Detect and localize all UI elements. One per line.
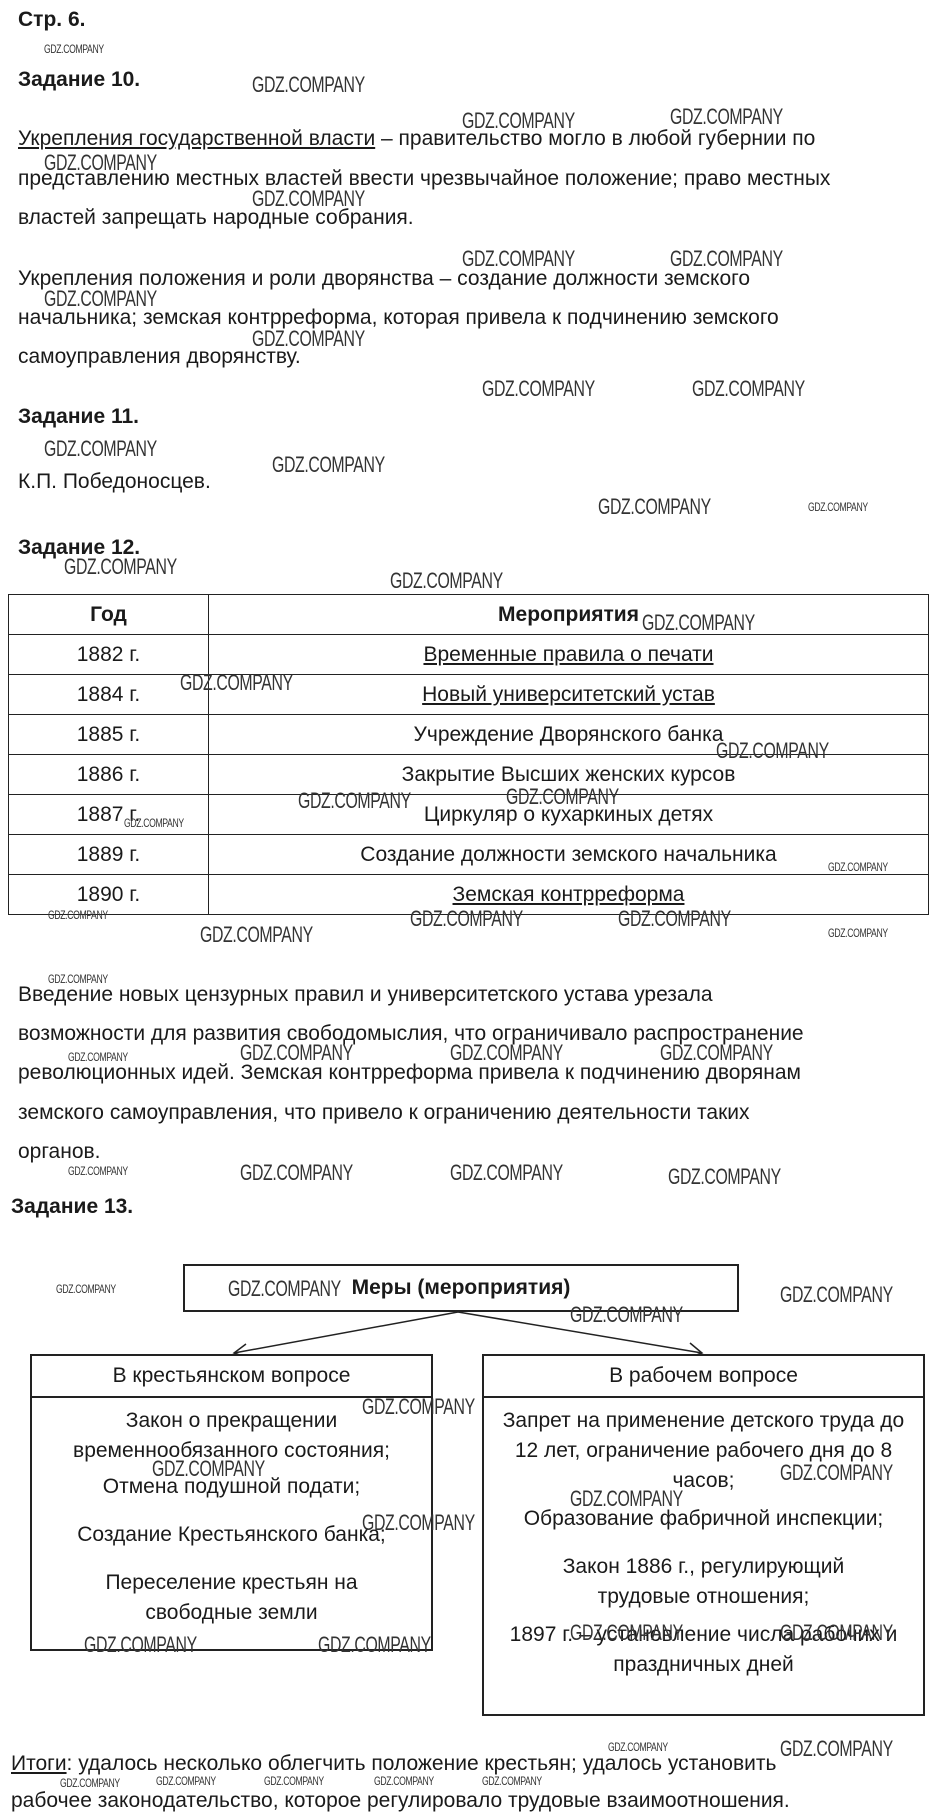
summary-term: Итоги (11, 1752, 67, 1775)
peasant-item: Отмена подушной подати; (62, 1472, 401, 1502)
worker-question-box: В рабочем вопросе Запрет на применение д… (482, 1354, 925, 1716)
worker-item: 1897 г. – установление числа рабочих и п… (496, 1620, 911, 1680)
worker-item: Запрет на применение детского труда до 1… (496, 1406, 911, 1496)
peasant-item: Переселение крестьян на свободные земли (62, 1568, 401, 1628)
peasant-question-box: В крестьянском вопросе Закон о прекращен… (30, 1354, 433, 1651)
peasant-question-header: В крестьянском вопросе (32, 1356, 431, 1398)
task-13-summary-line2: рабочее законодательство, которое регули… (11, 1789, 790, 1813)
worker-question-header: В рабочем вопросе (484, 1356, 923, 1398)
worker-item: Закон 1886 г., регулирующий трудовые отн… (496, 1552, 911, 1612)
worker-item: Образование фабричной инспекции; (496, 1504, 911, 1534)
task-13-summary-line1: Итоги: удалось несколько облегчить полож… (11, 1752, 776, 1776)
peasant-item: Создание Крестьянского банка; (62, 1520, 401, 1550)
peasant-item: Закон о прекращении временнообязанного с… (62, 1406, 401, 1466)
